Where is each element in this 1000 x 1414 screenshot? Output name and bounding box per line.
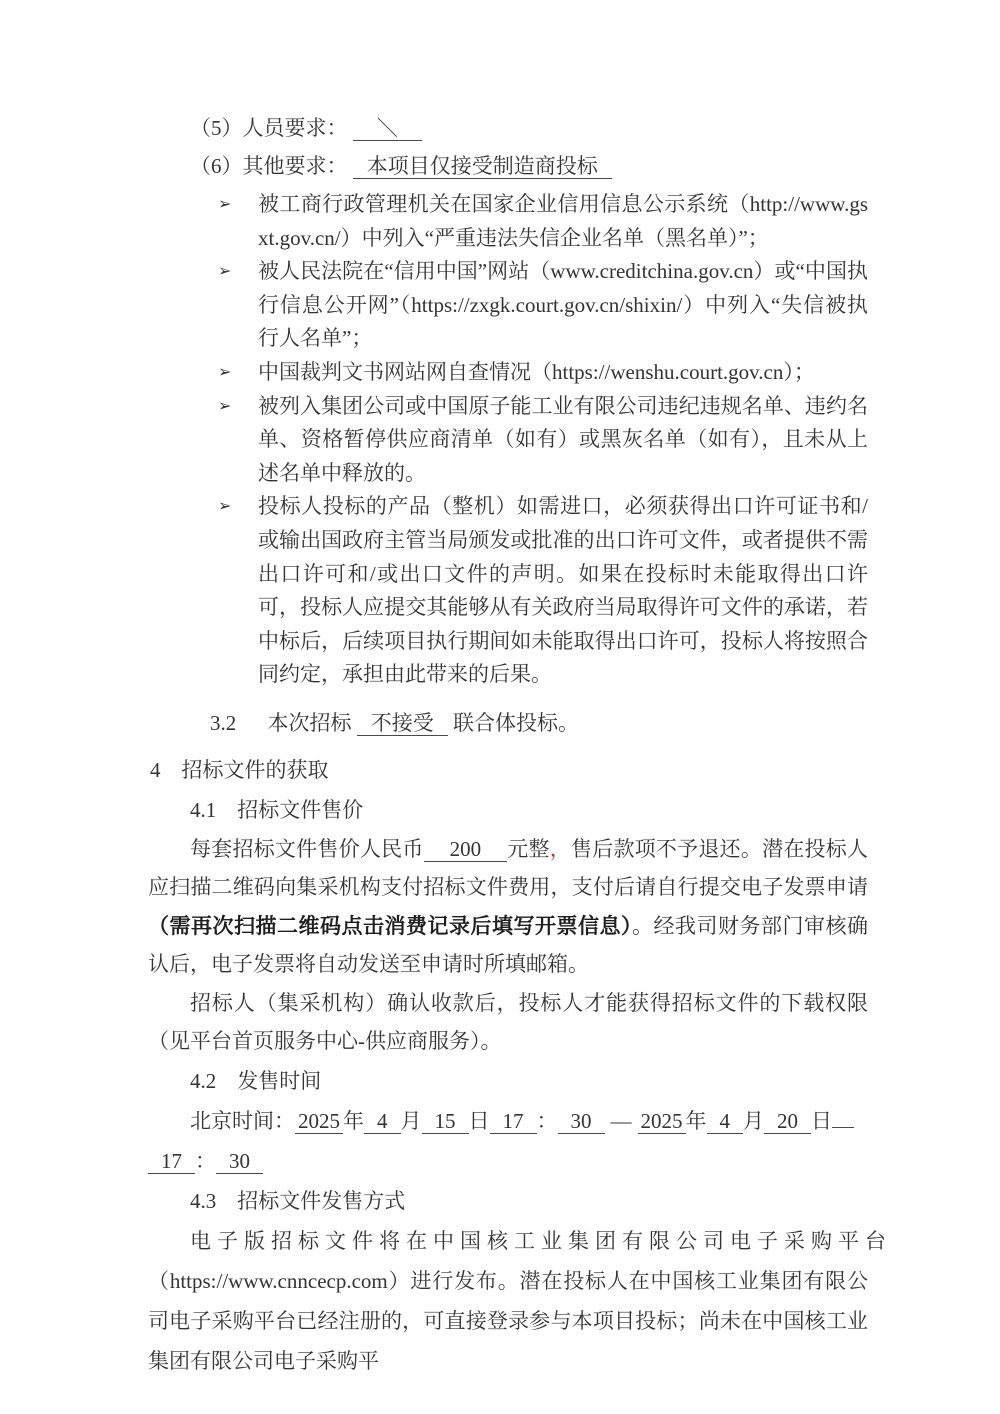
price-para-a: 每套招标文件售价人民币 — [190, 837, 424, 861]
document-page: （5）人员要求： ＼ （6）其他要求： 本项目仅接受制造商投标 ➢ 被工商行政管… — [0, 0, 1000, 1414]
list-item: ➢ 被人民法院在“信用中国”网站（www.creditchina.gov.cn）… — [148, 255, 868, 356]
section-4-2-heading: 4.2 发售时间 — [190, 1061, 868, 1101]
end-day: 20 — [764, 1109, 811, 1134]
start-hour: 17 — [490, 1109, 537, 1134]
trailing-underline-blank — [832, 1127, 854, 1128]
arrowhead-bullet-icon: ➢ — [218, 188, 258, 255]
bullet-text: 投标人投标的产品（整机）如需进口，必须获得出口许可证书和/或输出国政府主管当局颁… — [258, 490, 868, 692]
section-3-2-pre: 本次招标 — [268, 711, 352, 735]
section-4-1-heading: 4.1 招标文件售价 — [190, 790, 868, 830]
sale-time-line-2: 17：30 — [148, 1141, 868, 1181]
start-month: 4 — [364, 1109, 401, 1134]
section-number: 3.2 — [210, 711, 236, 735]
section-4-heading: 4 招标文件的获取 — [150, 750, 868, 790]
time-colon: ： — [537, 1109, 558, 1133]
sale-time-line-1: 北京时间：2025年4月15日17：30—2025年4月20日 — [148, 1101, 868, 1141]
end-year: 2025 — [638, 1109, 686, 1134]
price-underlined-value: 200 — [424, 837, 508, 862]
distribution-spaced-line: 电子版招标文件将在中国核工业集团有限公司电子采购平台 — [148, 1221, 868, 1261]
year-unit: 年 — [343, 1109, 364, 1133]
section-3-2-underlined-value: 不接受 — [357, 711, 448, 736]
bullet-text: 被工商行政管理机关在国家企业信用信息公示系统（http://www.gsxt.g… — [258, 188, 868, 255]
price-para-bold-note: （需再次扫描二维码点击消费记录后填写开票信息） — [148, 914, 632, 938]
arrowhead-bullet-icon: ➢ — [218, 390, 258, 491]
document-body: （5）人员要求： ＼ （6）其他要求： 本项目仅接受制造商投标 ➢ 被工商行政管… — [148, 110, 868, 1381]
arrowhead-bullet-icon: ➢ — [218, 255, 258, 356]
list-item: ➢ 被列入集团公司或中国原子能工业有限公司违纪违规名单、违约名单、资格暂停供应商… — [148, 390, 868, 491]
section-3-2-post: 联合体投标。 — [453, 711, 579, 735]
end-month: 4 — [707, 1109, 744, 1134]
day-unit: 日 — [469, 1109, 490, 1133]
arrowhead-bullet-icon: ➢ — [218, 490, 258, 692]
requirement-item-6-label: （6）其他要求： — [190, 154, 348, 178]
download-rights-paragraph: 招标人（集采机构）确认收款后，投标人才能获得招标文件的下载权限（见平台首页服务中… — [148, 984, 868, 1061]
section-4-3-heading: 4.3 招标文件发售方式 — [190, 1181, 868, 1221]
distribution-paragraph: （https://www.cnncecp.com）进行发布。潜在投标人在中国核工… — [148, 1261, 868, 1381]
start-day: 15 — [422, 1109, 469, 1134]
date-range-dash: — — [605, 1109, 638, 1133]
requirement-item-5-label: （5）人员要求： — [190, 116, 348, 140]
bullet-text: 被列入集团公司或中国原子能工业有限公司违纪违规名单、违约名单、资格暂停供应商清单… — [258, 390, 868, 491]
requirement-item-5-value: ＼ — [353, 116, 422, 141]
time-colon: ： — [195, 1149, 216, 1173]
month-unit: 月 — [401, 1109, 422, 1133]
start-year: 2025 — [295, 1109, 343, 1134]
bullet-text: 被人民法院在“信用中国”网站（www.creditchina.gov.cn）或“… — [258, 255, 868, 356]
price-paragraph: 每套招标文件售价人民币200元整，售后款项不予退还。潜在投标人应扫描二维码向集采… — [148, 830, 868, 984]
requirement-item-6-value: 本项目仅接受制造商投标 — [353, 154, 612, 179]
arrowhead-bullet-icon: ➢ — [218, 356, 258, 390]
end-minute: 30 — [216, 1149, 263, 1174]
blacklist-bullet-list: ➢ 被工商行政管理机关在国家企业信用信息公示系统（http://www.gsxt… — [148, 188, 868, 692]
list-item: ➢ 中国裁判文书网站网自查情况（https://wenshu.court.gov… — [148, 356, 868, 390]
price-para-b: 元整 — [507, 837, 550, 861]
list-item: ➢ 被工商行政管理机关在国家企业信用信息公示系统（http://www.gsxt… — [148, 188, 868, 255]
list-item: ➢ 投标人投标的产品（整机）如需进口，必须获得出口许可证书和/或输出国政府主管当… — [148, 490, 868, 692]
requirement-item-6: （6）其他要求： 本项目仅接受制造商投标 — [190, 148, 868, 185]
year-unit: 年 — [686, 1109, 707, 1133]
day-unit: 日 — [811, 1109, 832, 1133]
requirement-item-5: （5）人员要求： ＼ — [190, 110, 868, 147]
start-minute: 30 — [558, 1109, 605, 1134]
end-hour: 17 — [148, 1149, 195, 1174]
section-3-2-line: 3.2 本次招标 不接受 联合体投标。 — [210, 703, 868, 743]
bullet-text: 中国裁判文书网站网自查情况（https://wenshu.court.gov.c… — [258, 356, 868, 390]
month-unit: 月 — [743, 1109, 764, 1133]
sale-time-prefix: 北京时间： — [190, 1109, 295, 1133]
red-comma: ， — [550, 837, 571, 861]
